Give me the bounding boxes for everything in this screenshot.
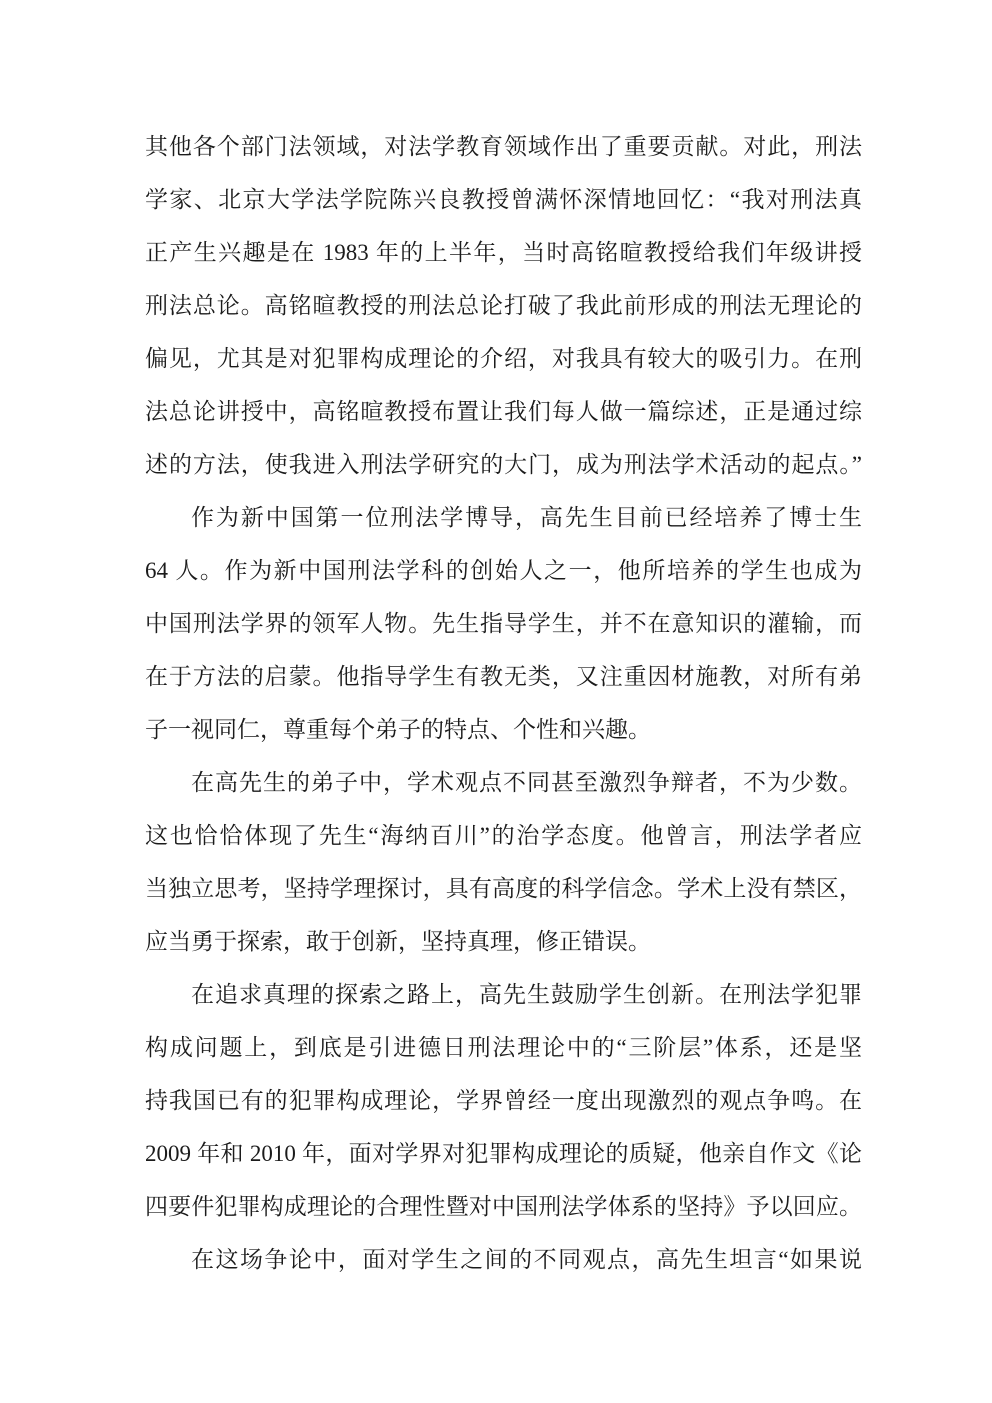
text-line: 作为新中国第一位刑法学博导，高先生目前已经培养了博士生 bbox=[145, 491, 862, 544]
text-line: 在于方法的启蒙。他指导学生有教无类，又注重因材施教，对所有弟 bbox=[145, 650, 862, 703]
text-line: 应当勇于探索，敢于创新，坚持真理，修正错误。 bbox=[145, 915, 862, 968]
text-line: 当独立思考，坚持学理探讨，具有高度的科学信念。学术上没有禁区， bbox=[145, 862, 862, 915]
document-body: 其他各个部门法领域，对法学教育领域作出了重要贡献。对此，刑法学家、北京大学法学院… bbox=[145, 120, 862, 1286]
text-line: 在这场争论中，面对学生之间的不同观点，高先生坦言“如果说 bbox=[145, 1233, 862, 1286]
document-page: 其他各个部门法领域，对法学教育领域作出了重要贡献。对此，刑法学家、北京大学法学院… bbox=[0, 0, 992, 1403]
text-line: 64 人。作为新中国刑法学科的创始人之一，他所培养的学生也成为 bbox=[145, 544, 862, 597]
text-line: 偏见，尤其是对犯罪构成理论的介绍，对我具有较大的吸引力。在刑 bbox=[145, 332, 862, 385]
text-line: 在高先生的弟子中，学术观点不同甚至激烈争辩者，不为少数。 bbox=[145, 756, 862, 809]
text-line: 其他各个部门法领域，对法学教育领域作出了重要贡献。对此，刑法 bbox=[145, 120, 862, 173]
text-line: 学家、北京大学法学院陈兴良教授曾满怀深情地回忆：“我对刑法真 bbox=[145, 173, 862, 226]
text-line: 这也恰恰体现了先生“海纳百川”的治学态度。他曾言，刑法学者应 bbox=[145, 809, 862, 862]
text-line: 四要件犯罪构成理论的合理性暨对中国刑法学体系的坚持》予以回应。 bbox=[145, 1180, 862, 1233]
text-line: 构成问题上，到底是引进德日刑法理论中的“三阶层”体系，还是坚 bbox=[145, 1021, 862, 1074]
text-line: 在追求真理的探索之路上，高先生鼓励学生创新。在刑法学犯罪 bbox=[145, 968, 862, 1021]
text-line: 刑法总论。高铭暄教授的刑法总论打破了我此前形成的刑法无理论的 bbox=[145, 279, 862, 332]
text-line: 中国刑法学界的领军人物。先生指导学生，并不在意知识的灌输，而 bbox=[145, 597, 862, 650]
text-line: 子一视同仁，尊重每个弟子的特点、个性和兴趣。 bbox=[145, 703, 862, 756]
text-line: 2009 年和 2010 年，面对学界对犯罪构成理论的质疑，他亲自作文《论 bbox=[145, 1127, 862, 1180]
text-line: 述的方法，使我进入刑法学研究的大门，成为刑法学术活动的起点。” bbox=[145, 438, 862, 491]
text-line: 正产生兴趣是在 1983 年的上半年，当时高铭暄教授给我们年级讲授 bbox=[145, 226, 862, 279]
text-line: 持我国已有的犯罪构成理论，学界曾经一度出现激烈的观点争鸣。在 bbox=[145, 1074, 862, 1127]
text-line: 法总论讲授中，高铭暄教授布置让我们每人做一篇综述，正是通过综 bbox=[145, 385, 862, 438]
